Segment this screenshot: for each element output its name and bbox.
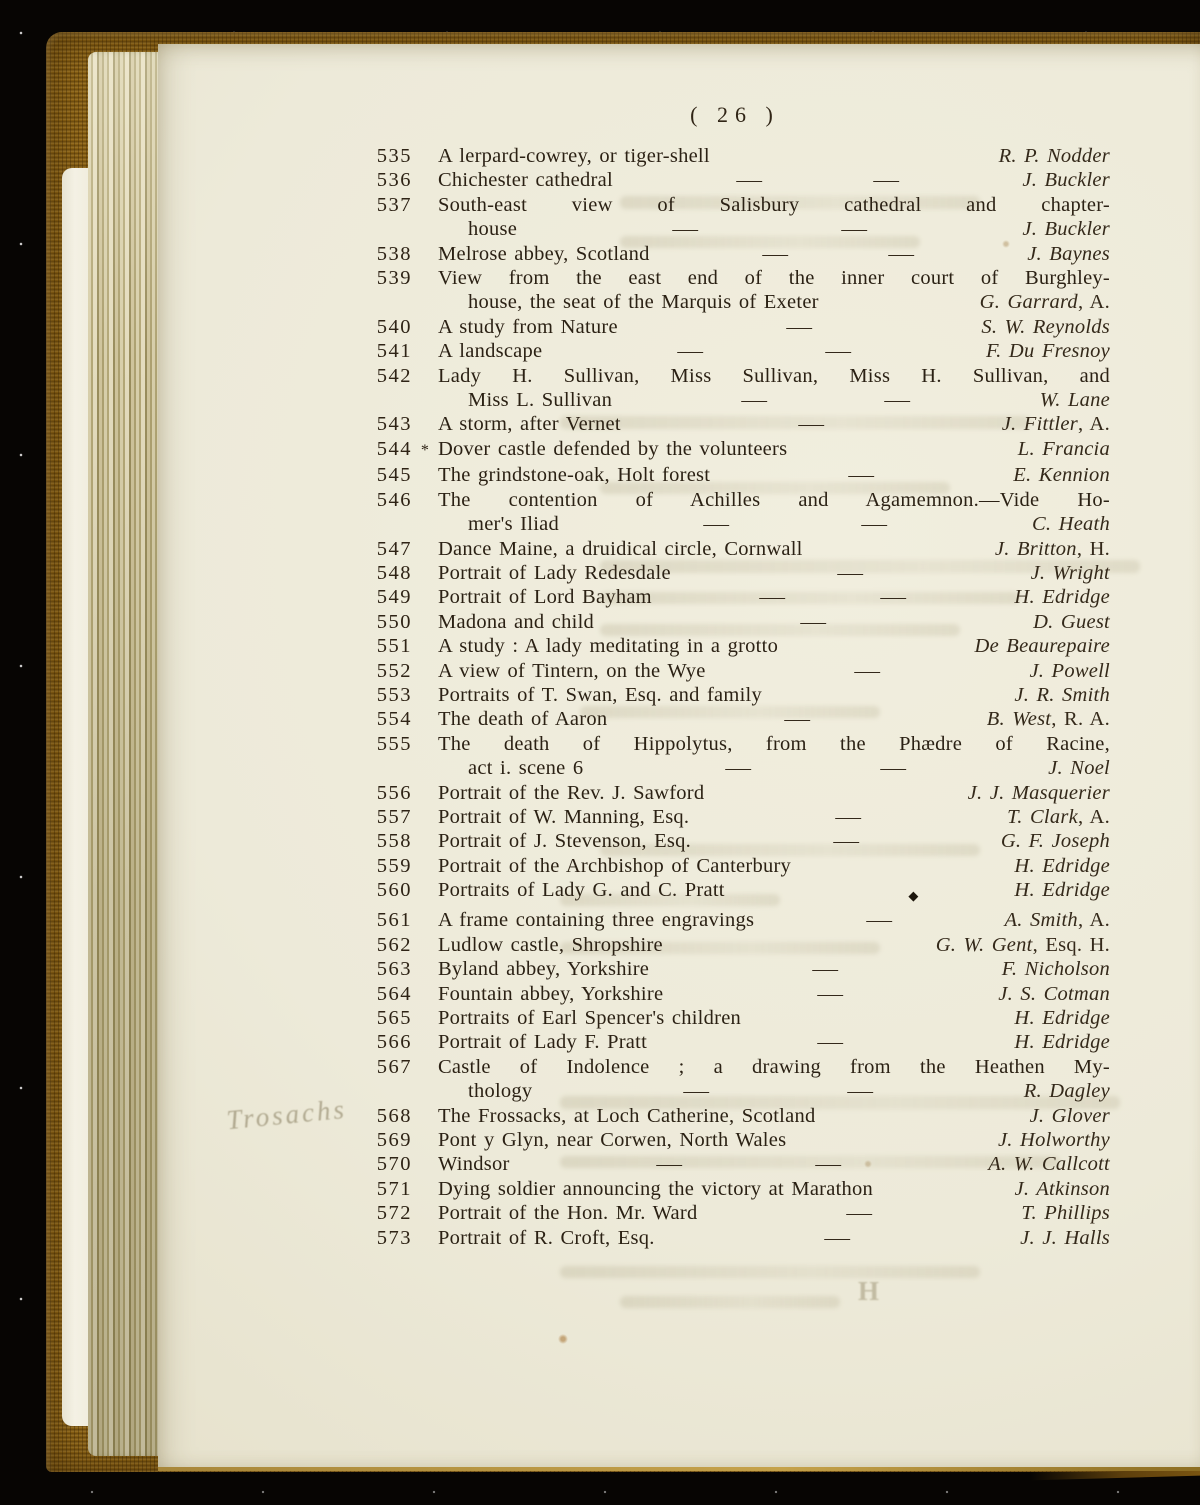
entry-number: 561 xyxy=(360,908,412,932)
entry-number: 549 xyxy=(360,585,412,609)
entry-number: 547 xyxy=(360,537,412,561)
artist-suffix: , H. xyxy=(1077,538,1110,560)
catalog-entry: 564Fountain abbey, Yorkshire—J. S. Cotma… xyxy=(360,982,1110,1006)
catalog-list: 535A lerpard-cowrey, or tiger-shellR. P.… xyxy=(360,144,1110,1250)
artist-name: J. Wright xyxy=(1031,561,1110,585)
leader-dash: — xyxy=(784,707,810,731)
entry-title: act i. scene 6 xyxy=(468,756,583,780)
entry-number: 566 xyxy=(360,1030,412,1054)
entry-number: 550 xyxy=(360,610,412,634)
artist-name: J. Fittler, A. xyxy=(1002,412,1110,436)
leader-dash: — xyxy=(861,512,887,536)
entry-title: Portrait of R. Croft, Esq. xyxy=(438,1226,655,1250)
page-stack-edges xyxy=(88,52,164,1456)
entry-title: thology xyxy=(468,1079,532,1103)
entry-title: Dying soldier announcing the victory at … xyxy=(438,1177,873,1201)
entry-number: 568 xyxy=(360,1104,412,1128)
entry-leader: — xyxy=(689,805,1007,829)
leader-dash: — xyxy=(849,463,875,487)
leader-dash: — xyxy=(762,242,788,266)
artist-name: J. Holworthy xyxy=(998,1128,1110,1152)
entry-leader: —— xyxy=(559,512,1032,536)
entry-title: Miss L. Sullivan xyxy=(468,388,612,412)
catalog-entry: mer's Iliad——C. Heath xyxy=(360,512,1110,536)
entry-body: Portrait of the Archbishop of Canterbury… xyxy=(438,854,1110,878)
artist-name: S. W. Reynolds xyxy=(981,315,1110,339)
entry-title: A storm, after Vernet xyxy=(438,412,621,436)
artist-name: L. Francia xyxy=(1018,437,1110,461)
artist-name: R. P. Nodder xyxy=(999,144,1110,168)
book-page: H Trosachs ( 26 ) 535A lerpard-cowrey, o… xyxy=(158,44,1200,1468)
catalog-entry: 542Lady H. Sullivan, Miss Sullivan, Miss… xyxy=(360,364,1110,388)
entry-leader: — xyxy=(691,829,1001,853)
entry-body: Portrait of R. Croft, Esq.—J. J. Halls xyxy=(438,1226,1110,1250)
entry-number: 552 xyxy=(360,659,412,683)
entry-body: Portraits of Lady G. and C. Pratt ◆H. Ed… xyxy=(438,878,1110,908)
entry-body: Pont y Glyn, near Corwen, North WalesJ. … xyxy=(438,1128,1110,1152)
entry-title: The Frossacks, at Loch Catherine, Scotla… xyxy=(438,1104,815,1128)
show-through-mark xyxy=(620,1296,840,1308)
entry-title: Portraits of Lady G. and C. Pratt xyxy=(438,878,725,902)
artist-name: J. J. Halls xyxy=(1020,1226,1110,1250)
catalog-entry: 545The grindstone-oak, Holt forest—E. Ke… xyxy=(360,463,1110,487)
entry-title: A study : A lady meditating in a grotto xyxy=(438,634,778,658)
entry-body: house——J. Buckler xyxy=(438,217,1110,241)
entry-number: 548 xyxy=(360,561,412,585)
entry-title: The death of Aaron xyxy=(438,707,607,731)
catalog-entry: 554The death of Aaron—B. West, R. A. xyxy=(360,707,1110,731)
catalog-entry: thology——R. Dagley xyxy=(360,1079,1110,1103)
entry-title: Dance Maine, a druidical circle, Cornwal… xyxy=(438,537,803,561)
catalog-entry: 570Windsor——A. W. Callcott xyxy=(360,1152,1110,1176)
leader-dash: — xyxy=(847,1079,873,1103)
leader-dash: — xyxy=(704,512,730,536)
entry-body: South-east view of Salisbury cathedral a… xyxy=(438,193,1110,217)
entry-leader: — xyxy=(697,1201,1021,1225)
artist-suffix: , R. A. xyxy=(1051,708,1110,730)
entry-number: 567 xyxy=(360,1055,412,1079)
leader-dash: — xyxy=(742,388,768,412)
catalog-entry: 546The contention of Achilles and Agamem… xyxy=(360,488,1110,512)
leader-dash: — xyxy=(884,388,910,412)
catalog-entry: 548Portrait of Lady Redesdale—J. Wright xyxy=(360,561,1110,585)
catalog-entry: 566Portrait of Lady F. Pratt—H. Edridge xyxy=(360,1030,1110,1054)
catalog-entry: 559Portrait of the Archbishop of Canterb… xyxy=(360,854,1110,878)
entry-leader: —— xyxy=(650,242,1028,266)
page-content: ( 26 ) 535A lerpard-cowrey, or tiger-she… xyxy=(360,102,1110,1250)
entry-number: 565 xyxy=(360,1006,412,1030)
artist-name: C. Heath xyxy=(1032,512,1110,536)
catalog-entry: house——J. Buckler xyxy=(360,217,1110,241)
catalog-entry: 556Portrait of the Rev. J. SawfordJ. J. … xyxy=(360,781,1110,805)
entry-leader: — xyxy=(594,610,1033,634)
ink-blot-mark: ◆ xyxy=(908,884,918,908)
leader-dash: — xyxy=(736,168,762,192)
entry-title: Portrait of Lady F. Pratt xyxy=(438,1030,647,1054)
leader-dash: — xyxy=(816,1152,842,1176)
entry-body: Portrait of Lord Bayham——H. Edridge xyxy=(438,585,1110,609)
artist-name: J. Noel xyxy=(1048,756,1110,780)
entry-number: 559 xyxy=(360,854,412,878)
entry-number: 557 xyxy=(360,805,412,829)
entry-number: 570 xyxy=(360,1152,412,1176)
entry-body: mer's Iliad——C. Heath xyxy=(438,512,1110,536)
catalog-entry: 561A frame containing three engravings—A… xyxy=(360,908,1110,932)
entry-number: 546 xyxy=(360,488,412,512)
leader-dash: — xyxy=(725,756,751,780)
entry-title: A lerpard-cowrey, or tiger-shell xyxy=(438,144,710,168)
entry-number: 543 xyxy=(360,412,412,436)
leader-dash: — xyxy=(855,659,881,683)
leader-dash: — xyxy=(818,982,844,1006)
entry-body: A storm, after Vernet—J. Fittler, A. xyxy=(438,412,1110,436)
entry-body: View from the east end of the inner cour… xyxy=(438,266,1110,290)
entry-leader: — xyxy=(671,561,1031,585)
entry-title: A view of Tintern, on the Wye xyxy=(438,659,706,683)
entry-body: Castle of Indolence ; a drawing from the… xyxy=(438,1055,1110,1079)
artist-suffix: , A. xyxy=(1078,291,1110,313)
entry-body: Melrose abbey, Scotland——J. Baynes xyxy=(438,242,1110,266)
entry-leader: — xyxy=(607,707,986,731)
entry-leader: —— xyxy=(612,388,1040,412)
entry-body: Portrait of W. Manning, Esq.—T. Clark, A… xyxy=(438,805,1110,829)
entry-title: Portrait of J. Stevenson, Esq. xyxy=(438,829,691,853)
catalog-entry: 565Portraits of Earl Spencer's childrenH… xyxy=(360,1006,1110,1030)
artist-name: D. Guest xyxy=(1033,610,1110,634)
artist-name: H. Edridge xyxy=(1014,878,1110,902)
leader-dash: — xyxy=(825,339,851,363)
entry-title: Melrose abbey, Scotland xyxy=(438,242,650,266)
entry-leader: —— xyxy=(517,217,1022,241)
entry-body: act i. scene 6——J. Noel xyxy=(438,756,1110,780)
entry-leader: —— xyxy=(510,1152,989,1176)
artist-suffix: , A. xyxy=(1078,806,1110,828)
entry-title: Portrait of the Archbishop of Canterbury xyxy=(438,854,791,878)
entry-body: Dance Maine, a druidical circle, Cornwal… xyxy=(438,537,1110,561)
entry-leader: — xyxy=(649,957,1002,981)
entry-number: 541 xyxy=(360,339,412,363)
catalog-entry: 557Portrait of W. Manning, Esq.—T. Clark… xyxy=(360,805,1110,829)
catalog-entry: 555The death of Hippolytus, from the Phæ… xyxy=(360,732,1110,756)
catalog-entry: 567Castle of Indolence ; a drawing from … xyxy=(360,1055,1110,1079)
entry-number: 558 xyxy=(360,829,412,853)
catalog-entry: 552A view of Tintern, on the Wye—J. Powe… xyxy=(360,659,1110,683)
artist-name: J. Powell xyxy=(1029,659,1110,683)
entry-body: The death of Hippolytus, from the Phædre… xyxy=(438,732,1110,756)
entry-number: 540 xyxy=(360,315,412,339)
entry-number: 536 xyxy=(360,168,412,192)
entry-title: The contention of Achilles and Agamemnon… xyxy=(438,488,1110,512)
artist-name: J. Atkinson xyxy=(1015,1177,1110,1201)
entry-number: 571 xyxy=(360,1177,412,1201)
leader-dash: — xyxy=(866,908,892,932)
leader-dash: — xyxy=(889,242,915,266)
artist-suffix: , A. xyxy=(1078,413,1110,435)
leader-dash: — xyxy=(841,217,867,241)
entry-title: house, the seat of the Marquis of Exeter xyxy=(468,290,819,314)
entry-body: Chichester cathedral——J. Buckler xyxy=(438,168,1110,192)
entry-leader: —— xyxy=(532,1079,1023,1103)
catalog-entry: 569Pont y Glyn, near Corwen, North Wales… xyxy=(360,1128,1110,1152)
leader-dash: — xyxy=(835,805,861,829)
artist-name: F. Du Fresnoy xyxy=(986,339,1110,363)
entry-number: 573 xyxy=(360,1226,412,1250)
leader-dash: — xyxy=(833,829,859,853)
artist-name: J. Britton, H. xyxy=(995,537,1110,561)
entry-number: 542 xyxy=(360,364,412,388)
entry-body: A study from Nature—S. W. Reynolds xyxy=(438,315,1110,339)
entry-title: A frame containing three engravings xyxy=(438,908,754,932)
entry-body: A view of Tintern, on the Wye—J. Powell xyxy=(438,659,1110,683)
show-through-mark xyxy=(560,1266,980,1278)
catalog-entry: house, the seat of the Marquis of Exeter… xyxy=(360,290,1110,314)
show-through-signature: H xyxy=(858,1276,879,1307)
entry-leader: — xyxy=(754,908,1004,932)
entry-number: 553 xyxy=(360,683,412,707)
catalog-entry: 539View from the east end of the inner c… xyxy=(360,266,1110,290)
entry-body: Portrait of J. Stevenson, Esq.—G. F. Jos… xyxy=(438,829,1110,853)
artist-name: H. Edridge xyxy=(1014,854,1110,878)
entry-body: The death of Aaron—B. West, R. A. xyxy=(438,707,1110,731)
entry-number: 551 xyxy=(360,634,412,658)
entry-number: 564 xyxy=(360,982,412,1006)
entry-title: A study from Nature xyxy=(438,315,618,339)
leader-dash: — xyxy=(824,1226,850,1250)
entry-title: Byland abbey, Yorkshire xyxy=(438,957,649,981)
catalog-entry: 538Melrose abbey, Scotland——J. Baynes xyxy=(360,242,1110,266)
catalog-entry: 537South-east view of Salisbury cathedra… xyxy=(360,193,1110,217)
artist-name: J. J. Masquerier xyxy=(968,781,1110,805)
catalog-entry: 558Portrait of J. Stevenson, Esq.—G. F. … xyxy=(360,829,1110,853)
entry-title: Dover castle defended by the volunteers xyxy=(438,437,787,461)
entry-number: 537 xyxy=(360,193,412,217)
entry-body: Lady H. Sullivan, Miss Sullivan, Miss H.… xyxy=(438,364,1110,388)
entry-title: Portrait of W. Manning, Esq. xyxy=(438,805,689,829)
entry-body: The contention of Achilles and Agamemnon… xyxy=(438,488,1110,512)
entry-title: Ludlow castle, Shropshire xyxy=(438,933,663,957)
entry-body: Windsor——A. W. Callcott xyxy=(438,1152,1110,1176)
entry-number: 539 xyxy=(360,266,412,290)
leader-dash: — xyxy=(881,585,907,609)
entry-body: A landscape——F. Du Fresnoy xyxy=(438,339,1110,363)
catalog-entry: 540A study from Nature—S. W. Reynolds xyxy=(360,315,1110,339)
entry-number: 545 xyxy=(360,463,412,487)
entry-title: Chichester cathedral xyxy=(438,168,613,192)
catalog-entry: 551A study : A lady meditating in a grot… xyxy=(360,634,1110,658)
catalog-entry: 535A lerpard-cowrey, or tiger-shellR. P.… xyxy=(360,144,1110,168)
entry-leader: —— xyxy=(613,168,1023,192)
entry-title: Castle of Indolence ; a drawing from the… xyxy=(438,1055,1110,1079)
photo-backdrop: H Trosachs ( 26 ) 535A lerpard-cowrey, o… xyxy=(0,0,1200,1505)
entry-title: Windsor xyxy=(438,1152,510,1176)
leader-dash: — xyxy=(656,1152,682,1176)
entry-body: A lerpard-cowrey, or tiger-shellR. P. No… xyxy=(438,144,1110,168)
entry-body: Portraits of Earl Spencer's childrenH. E… xyxy=(438,1006,1110,1030)
entry-leader: — xyxy=(706,659,1030,683)
entry-leader: —— xyxy=(652,585,1015,609)
entry-body: Fountain abbey, Yorkshire—J. S. Cotman xyxy=(438,982,1110,1006)
catalog-entry: Miss L. Sullivan——W. Lane xyxy=(360,388,1110,412)
entry-body: Portrait of the Rev. J. SawfordJ. J. Mas… xyxy=(438,781,1110,805)
entry-body: Portrait of Lady F. Pratt—H. Edridge xyxy=(438,1030,1110,1054)
entry-title: Portrait of the Hon. Mr. Ward xyxy=(438,1201,697,1225)
artist-name: W. Lane xyxy=(1040,388,1110,412)
entry-title: A landscape xyxy=(438,339,542,363)
entry-leader: — xyxy=(621,412,1002,436)
entry-title: Madona and child xyxy=(438,610,594,634)
entry-body: A study : A lady meditating in a grottoD… xyxy=(438,634,1110,658)
artist-name: G. Garrard, A. xyxy=(980,290,1110,314)
entry-title: Portrait of Lord Bayham xyxy=(438,585,652,609)
entry-title: Fountain abbey, Yorkshire xyxy=(438,982,663,1006)
leader-dash: — xyxy=(683,1079,709,1103)
entry-title: Portrait of the Rev. J. Sawford xyxy=(438,781,704,805)
entry-number: 544 xyxy=(360,437,412,461)
artist-name: J. Glover xyxy=(1029,1104,1110,1128)
leader-dash: — xyxy=(880,756,906,780)
artist-name: J. S. Cotman xyxy=(998,982,1110,1006)
artist-name: R. Dagley xyxy=(1024,1079,1110,1103)
entry-marker: * xyxy=(412,439,438,463)
catalog-entry: 550Madona and child—D. Guest xyxy=(360,610,1110,634)
catalog-entry: 571Dying soldier announcing the victory … xyxy=(360,1177,1110,1201)
artist-suffix: , A. xyxy=(1078,909,1110,931)
catalog-entry: act i. scene 6——J. Noel xyxy=(360,756,1110,780)
artist-name: G. F. Joseph xyxy=(1001,829,1110,853)
entry-title: The death of Hippolytus, from the Phædre… xyxy=(438,732,1110,756)
entry-number: 555 xyxy=(360,732,412,756)
entry-number: 538 xyxy=(360,242,412,266)
entry-number: 572 xyxy=(360,1201,412,1225)
catalog-entry: 563Byland abbey, Yorkshire—F. Nicholson xyxy=(360,957,1110,981)
catalog-entry: 547Dance Maine, a druidical circle, Corn… xyxy=(360,537,1110,561)
leader-dash: — xyxy=(760,585,786,609)
entry-body: Miss L. Sullivan——W. Lane xyxy=(438,388,1110,412)
entry-leader: — xyxy=(618,315,982,339)
catalog-entry: 544*Dover castle defended by the volunte… xyxy=(360,437,1110,463)
entry-body: The grindstone-oak, Holt forest—E. Kenni… xyxy=(438,463,1110,487)
artist-name: B. West, R. A. xyxy=(987,707,1110,731)
artist-name: De Beaurepaire xyxy=(975,634,1110,658)
entry-body: Portraits of T. Swan, Esq. and familyJ. … xyxy=(438,683,1110,707)
entry-leader: — xyxy=(663,982,998,1006)
artist-name: J. Buckler xyxy=(1022,217,1110,241)
entry-leader: ◆ xyxy=(725,884,1015,908)
catalog-entry: 562Ludlow castle, ShropshireG. W. Gent, … xyxy=(360,933,1110,957)
entry-body: Madona and child—D. Guest xyxy=(438,610,1110,634)
entry-title: Portraits of Earl Spencer's children xyxy=(438,1006,741,1030)
catalog-entry: 572Portrait of the Hon. Mr. Ward—T. Phil… xyxy=(360,1201,1110,1225)
artist-name: T. Clark, A. xyxy=(1007,805,1110,829)
artist-name: J. R. Smith xyxy=(1014,683,1110,707)
entry-number: 554 xyxy=(360,707,412,731)
entry-title: house xyxy=(468,217,517,241)
entry-body: Portrait of the Hon. Mr. Ward—T. Phillip… xyxy=(438,1201,1110,1225)
leader-dash: — xyxy=(677,339,703,363)
artist-name: J. Baynes xyxy=(1027,242,1110,266)
entry-leader: — xyxy=(647,1030,1014,1054)
entry-body: Dover castle defended by the volunteersL… xyxy=(438,437,1110,461)
leader-dash: — xyxy=(818,1030,844,1054)
entry-title: South-east view of Salisbury cathedral a… xyxy=(438,193,1110,217)
catalog-entry: 560Portraits of Lady G. and C. Pratt ◆H.… xyxy=(360,878,1110,908)
entry-title: The grindstone-oak, Holt forest xyxy=(438,463,710,487)
leader-dash: — xyxy=(787,315,813,339)
artist-name: H. Edridge xyxy=(1014,1006,1110,1030)
entry-number: 556 xyxy=(360,781,412,805)
artist-name: A. Smith, A. xyxy=(1004,908,1110,932)
entry-number: 535 xyxy=(360,144,412,168)
entry-leader: —— xyxy=(583,756,1048,780)
entry-number: 560 xyxy=(360,878,412,902)
leader-dash: — xyxy=(801,610,827,634)
entry-leader: —— xyxy=(542,339,986,363)
entry-number: 562 xyxy=(360,933,412,957)
entry-body: Portrait of Lady Redesdale—J. Wright xyxy=(438,561,1110,585)
catalog-entry: 573Portrait of R. Croft, Esq.—J. J. Hall… xyxy=(360,1226,1110,1250)
entry-title: Lady H. Sullivan, Miss Sullivan, Miss H.… xyxy=(438,364,1110,388)
page-number: ( 26 ) xyxy=(360,102,1110,128)
artist-suffix: , Esq. H. xyxy=(1033,934,1110,956)
artist-name: J. Buckler xyxy=(1022,168,1110,192)
entry-title: Portraits of T. Swan, Esq. and family xyxy=(438,683,762,707)
leader-dash: — xyxy=(838,561,864,585)
entry-title: Pont y Glyn, near Corwen, North Wales xyxy=(438,1128,786,1152)
catalog-entry: 549Portrait of Lord Bayham——H. Edridge xyxy=(360,585,1110,609)
catalog-entry: 541A landscape——F. Du Fresnoy xyxy=(360,339,1110,363)
artist-name: F. Nicholson xyxy=(1002,957,1110,981)
leader-dash: — xyxy=(873,168,899,192)
leader-dash: — xyxy=(672,217,698,241)
artist-name: A. W. Callcott xyxy=(988,1152,1110,1176)
entry-body: house, the seat of the Marquis of Exeter… xyxy=(438,290,1110,314)
artist-name: H. Edridge xyxy=(1014,585,1110,609)
artist-name: T. Phillips xyxy=(1021,1201,1110,1225)
catalog-entry: 553Portraits of T. Swan, Esq. and family… xyxy=(360,683,1110,707)
entry-number: 563 xyxy=(360,957,412,981)
entry-number: 569 xyxy=(360,1128,412,1152)
catalog-entry: 568The Frossacks, at Loch Catherine, Sco… xyxy=(360,1104,1110,1128)
entry-body: Byland abbey, Yorkshire—F. Nicholson xyxy=(438,957,1110,981)
entry-title: View from the east end of the inner cour… xyxy=(438,266,1110,290)
entry-body: thology——R. Dagley xyxy=(438,1079,1110,1103)
entry-body: The Frossacks, at Loch Catherine, Scotla… xyxy=(438,1104,1110,1128)
entry-body: Dying soldier announcing the victory at … xyxy=(438,1177,1110,1201)
leader-dash: — xyxy=(798,412,824,436)
artist-name: G. W. Gent, Esq. H. xyxy=(936,933,1110,957)
leader-dash: — xyxy=(812,957,838,981)
leader-dash: — xyxy=(846,1201,872,1225)
entry-title: Portrait of Lady Redesdale xyxy=(438,561,671,585)
entry-leader: — xyxy=(710,463,1013,487)
entry-body: Ludlow castle, ShropshireG. W. Gent, Esq… xyxy=(438,933,1110,957)
catalog-entry: 543A storm, after Vernet—J. Fittler, A. xyxy=(360,412,1110,436)
entry-body: A frame containing three engravings—A. S… xyxy=(438,908,1110,932)
entry-title: mer's Iliad xyxy=(468,512,559,536)
catalog-entry: 536Chichester cathedral——J. Buckler xyxy=(360,168,1110,192)
artist-name: E. Kennion xyxy=(1013,463,1110,487)
entry-leader: — xyxy=(655,1226,1020,1250)
artist-name: H. Edridge xyxy=(1014,1030,1110,1054)
